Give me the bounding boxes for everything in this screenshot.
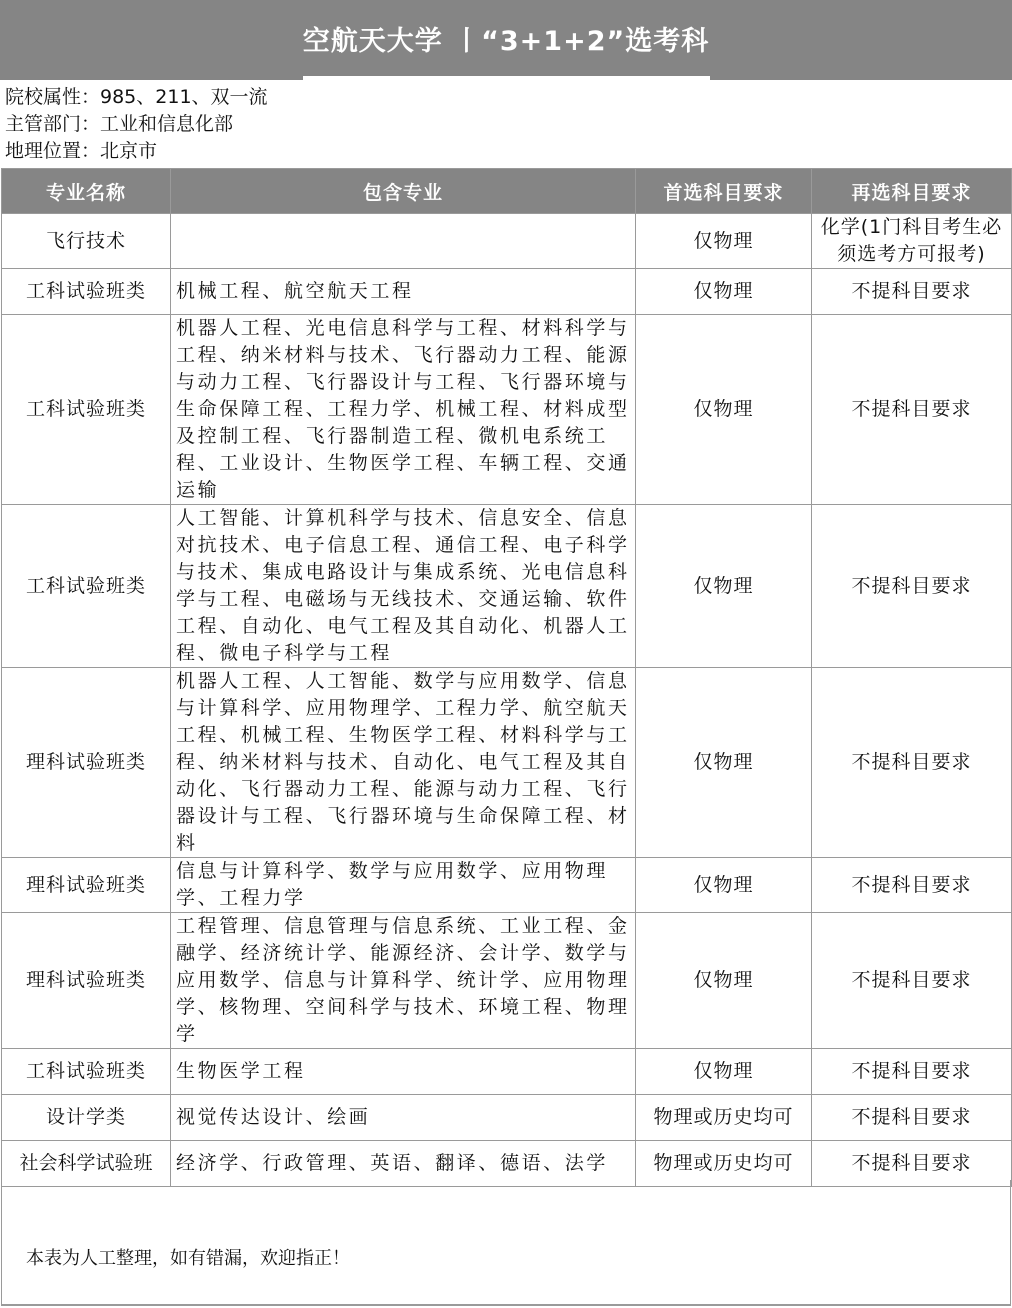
table-row: 理科试验班类 信息与计算科学、数学与应用数学、应用物理学、工程力学 仅物理 不提… <box>2 858 1012 913</box>
included-majors: 机械工程、航空航天工程 <box>171 269 636 315</box>
second-subject: 不提科目要求 <box>812 269 1012 315</box>
included-majors: 机器人工程、光电信息科学与工程、材料科学与工程、纳米材料与技术、飞行器动力工程、… <box>171 315 636 505</box>
second-subject: 化学(1门科目考生必须选考方可报考) <box>812 214 1012 269</box>
table-row: 工科试验班类 生物医学工程 仅物理 不提科目要求 <box>2 1049 1012 1095</box>
program-name: 工科试验班类 <box>2 1049 171 1095</box>
table-row: 工科试验班类 人工智能、计算机科学与技术、信息安全、信息对抗技术、电子信息工程、… <box>2 505 1012 668</box>
first-subject: 仅物理 <box>636 269 812 315</box>
program-name: 工科试验班类 <box>2 505 171 668</box>
footer-note: 本表为人工整理，如有错漏，欢迎指正！ <box>26 1244 350 1270</box>
page-title: 空航天大学 丨“3+1+2”选考科 <box>0 0 1012 80</box>
first-subject: 仅物理 <box>636 668 812 858</box>
table-header-row: 专业名称 包含专业 首选科目要求 再选科目要求 <box>2 169 1012 214</box>
program-name: 理科试验班类 <box>2 858 171 913</box>
table-row: 飞行技术 仅物理 化学(1门科目考生必须选考方可报考) <box>2 214 1012 269</box>
program-name: 飞行技术 <box>2 214 171 269</box>
table-row: 工科试验班类 机械工程、航空航天工程 仅物理 不提科目要求 <box>2 269 1012 315</box>
included-majors: 人工智能、计算机科学与技术、信息安全、信息对抗技术、电子信息工程、通信工程、电子… <box>171 505 636 668</box>
program-name: 工科试验班类 <box>2 315 171 505</box>
program-name: 理科试验班类 <box>2 913 171 1049</box>
first-subject: 仅物理 <box>636 214 812 269</box>
included-majors <box>171 214 636 269</box>
first-subject: 仅物理 <box>636 315 812 505</box>
school-attribute: 院校属性：985、211、双一流 <box>5 84 268 111</box>
included-majors: 信息与计算科学、数学与应用数学、应用物理学、工程力学 <box>171 858 636 913</box>
first-subject: 仅物理 <box>636 858 812 913</box>
program-name: 设计学类 <box>2 1095 171 1141</box>
school-department: 主管部门：工业和信息化部 <box>5 111 268 138</box>
school-info: 院校属性：985、211、双一流 主管部门：工业和信息化部 地理位置：北京市 <box>5 84 268 165</box>
second-subject: 不提科目要求 <box>812 505 1012 668</box>
header-second-subject: 再选科目要求 <box>812 169 1012 214</box>
header-included-majors: 包含专业 <box>171 169 636 214</box>
second-subject: 不提科目要求 <box>812 858 1012 913</box>
subject-requirements-table: 专业名称 包含专业 首选科目要求 再选科目要求 飞行技术 仅物理 化学(1门科目… <box>1 168 1012 1187</box>
header-program-name: 专业名称 <box>2 169 171 214</box>
included-majors: 视觉传达设计、绘画 <box>171 1095 636 1141</box>
second-subject: 不提科目要求 <box>812 315 1012 505</box>
table-row: 理科试验班类 工程管理、信息管理与信息系统、工业工程、金融学、经济统计学、能源经… <box>2 913 1012 1049</box>
table-row: 理科试验班类 机器人工程、人工智能、数学与应用数学、信息与计算科学、应用物理学、… <box>2 668 1012 858</box>
second-subject: 不提科目要求 <box>812 668 1012 858</box>
included-majors: 机器人工程、人工智能、数学与应用数学、信息与计算科学、应用物理学、工程力学、航空… <box>171 668 636 858</box>
table-row: 设计学类 视觉传达设计、绘画 物理或历史均可 不提科目要求 <box>2 1095 1012 1141</box>
first-subject: 仅物理 <box>636 913 812 1049</box>
first-subject: 仅物理 <box>636 1049 812 1095</box>
included-majors: 工程管理、信息管理与信息系统、工业工程、金融学、经济统计学、能源经济、会计学、数… <box>171 913 636 1049</box>
table-row: 工科试验班类 机器人工程、光电信息科学与工程、材料科学与工程、纳米材料与技术、飞… <box>2 315 1012 505</box>
header-first-subject: 首选科目要求 <box>636 169 812 214</box>
second-subject: 不提科目要求 <box>812 1095 1012 1141</box>
first-subject: 物理或历史均可 <box>636 1095 812 1141</box>
included-majors: 生物医学工程 <box>171 1049 636 1095</box>
school-location: 地理位置：北京市 <box>5 138 268 165</box>
footer-box <box>1 1180 1011 1306</box>
second-subject: 不提科目要求 <box>812 913 1012 1049</box>
program-name: 工科试验班类 <box>2 269 171 315</box>
first-subject: 仅物理 <box>636 505 812 668</box>
second-subject: 不提科目要求 <box>812 1049 1012 1095</box>
program-name: 理科试验班类 <box>2 668 171 858</box>
